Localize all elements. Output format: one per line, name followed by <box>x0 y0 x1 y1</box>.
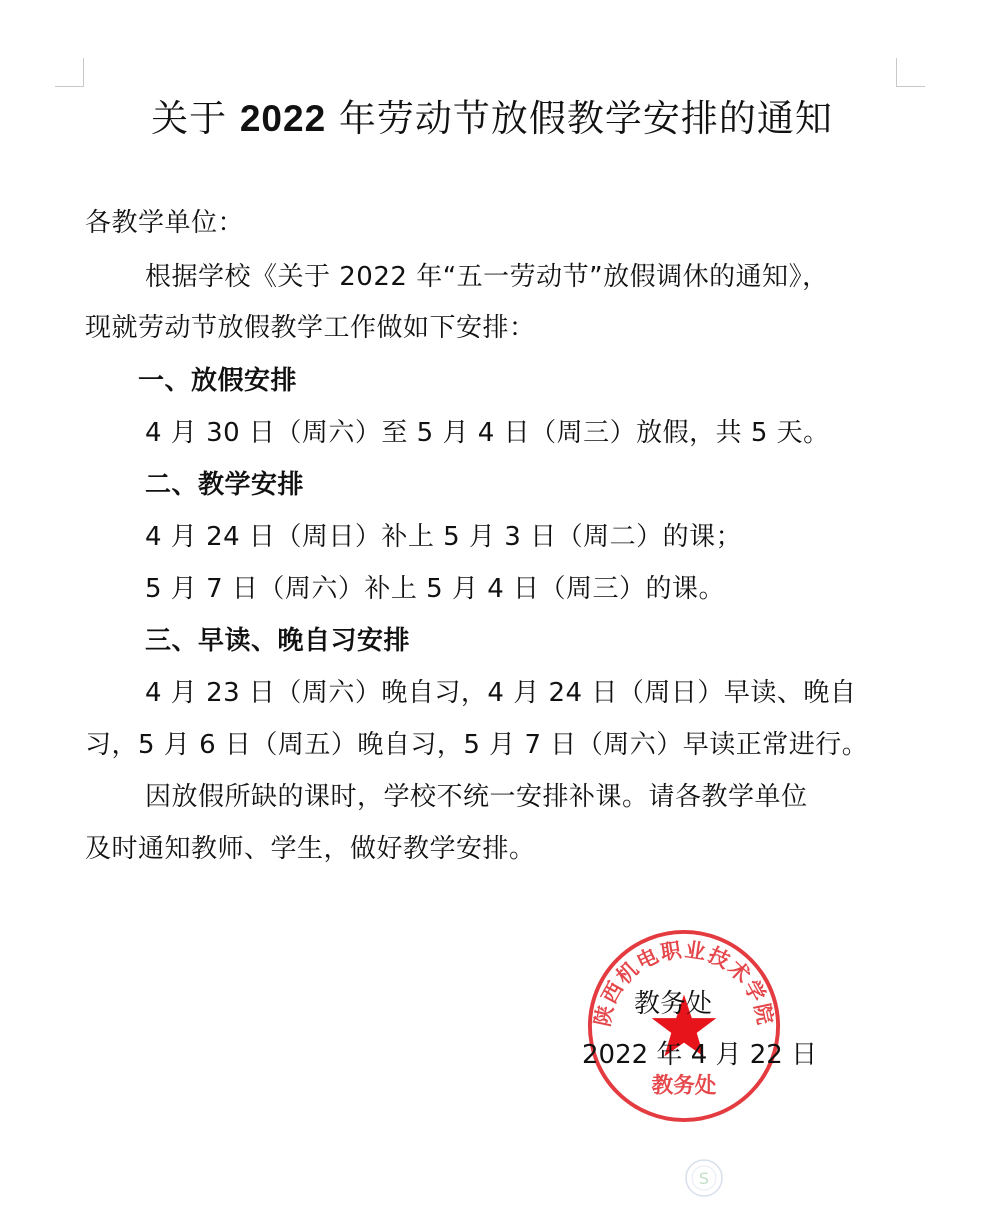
document-title: 关于 2022 年劳动节放假教学安排的通知 <box>0 88 984 142</box>
svg-text:S: S <box>699 1169 709 1188</box>
page-corner-mark-top-left <box>55 58 84 87</box>
section-heading-teaching: 二、教学安排 <box>145 464 304 501</box>
section-line: 习，5 月 6 日（周五）晚自习，5 月 7 日（周六）早读正常进行。 <box>85 724 868 761</box>
section-heading-study: 三、早读、晚自习安排 <box>145 620 410 657</box>
section-line: 4 月 30 日（周六）至 5 月 4 日（周三）放假，共 5 天。 <box>145 412 830 449</box>
page-corner-mark-top-right <box>896 58 925 87</box>
watermark-logo-icon: S <box>684 1158 724 1198</box>
section-heading-holiday: 一、放假安排 <box>138 360 297 397</box>
official-seal-stamp: 陕西机电职业技术学院 教务处 <box>586 928 782 1124</box>
section-line: 5 月 7 日（周六）补上 5 月 4 日（周三）的课。 <box>145 568 725 605</box>
stamp-bottom-text: 教务处 <box>652 1073 717 1099</box>
signature-date: 2022 年 4 月 22 日 <box>582 1034 817 1071</box>
closing-line-1: 因放假所缺的课时，学校不统一安排补课。请各教学单位 <box>145 776 808 813</box>
intro-line-1: 根据学校《关于 2022 年“五一劳动节”放假调休的通知》， <box>145 256 829 293</box>
title-year: 2022 <box>240 98 326 139</box>
salutation: 各教学单位： <box>85 202 244 239</box>
signature-department: 教务处 <box>634 983 712 1020</box>
section-line: 4 月 23 日（周六）晚自习，4 月 24 日（周日）早读、晚自 <box>145 672 856 709</box>
title-prefix: 关于 <box>151 97 240 140</box>
closing-line-2: 及时通知教师、学生，做好教学安排。 <box>85 828 536 865</box>
intro-line-2: 现就劳动节放假教学工作做如下安排： <box>85 307 536 344</box>
title-suffix: 年劳动节放假教学安排的通知 <box>326 97 833 140</box>
section-line: 4 月 24 日（周日）补上 5 月 3 日（周二）的课； <box>145 516 742 553</box>
